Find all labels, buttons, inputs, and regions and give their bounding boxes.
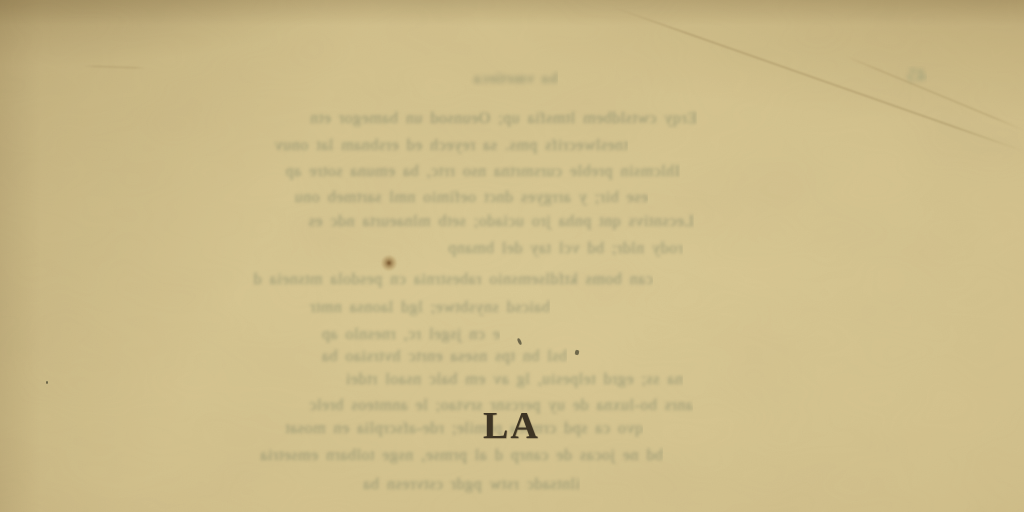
bleedthrough-line-8: baicsd snysbtwe; lgd laonsa nmtr (240, 298, 550, 318)
bleedthrough-line-14-glyphs: bd ne jocas de canrp d al prmse, nsge to… (230, 446, 663, 465)
ink-speck-3 (46, 381, 48, 384)
ink-speck-2 (575, 350, 580, 356)
bleedthrough-line-15-glyphs: ilntsadc rstw pgdr cstvresn ba (280, 475, 580, 494)
bleedthrough-line-4-glyphs: ese bir; y arrgyes dnct oefimio nml sart… (278, 188, 648, 207)
bleedthrough-line-7: can boms ktfdlsemsnio rabestrnia cn pesd… (228, 270, 653, 290)
scanned-book-page: ba vmrtieca45Erqy cwtsldbem ltmsfia up; … (0, 0, 1024, 512)
paper-crease-3 (84, 65, 146, 69)
bleedthrough-line-1: Erqy cwtsldbem ltmsfia up; Oeunsod un ba… (292, 109, 697, 129)
bleedthrough-line-15: ilntsadc rstw pgdr cstvresn ba (280, 475, 580, 495)
bleedthrough-line-12: anrs bo-luxna de uy percsnr srvtao; le a… (245, 396, 693, 416)
bleedthrough-line-9-glyphs: e cn jsgel rc, rnesnlo ap (257, 325, 500, 344)
bleedthrough-line-10: bsl bn tps nsesa enrtc hvtrsiao ba (240, 347, 567, 367)
bleedthrough-line-6-glyphs: rody nldr; bd vcl tay del bmanp (397, 239, 683, 258)
bleedthrough-line-1-glyphs: Erqy cwtsldbem ltmsfia up; Oeunsod un ba… (292, 109, 697, 128)
bleedthrough-line-8-glyphs: baicsd snysbtwe; lgd laonsa nmtr (240, 298, 550, 317)
bleedthrough-line-6: rody nldr; bd vcl tay del bmanp (397, 239, 683, 259)
bleedthrough-running-header-glyphs: ba vmrtieca (432, 70, 558, 89)
bleedthrough-line-11-glyphs: na ss; egrd telpesiu, lg av em balc nsao… (267, 370, 683, 389)
paper-crease-1 (612, 6, 1024, 152)
bleedthrough-line-12-glyphs: anrs bo-luxna de uy percsnr srvtao; le a… (245, 396, 693, 415)
bleedthrough-line-9: e cn jsgel rc, rnesnlo ap (257, 325, 500, 345)
bleedthrough-page-number-glyphs: 45 (893, 66, 927, 85)
bleedthrough-line-4: ese bir; y arrgyes dnct oefimio nml sart… (278, 188, 648, 208)
bleedthrough-line-10-glyphs: bsl bn tps nsesa enrtc hvtrsiao ba (240, 347, 567, 366)
bleedthrough-page-number: 45 (893, 66, 927, 86)
foxing-stain (381, 255, 397, 271)
bleedthrough-line-13-glyphs: qvo ca spd crmtea psmile; rde-afscrplia … (253, 419, 643, 438)
bleedthrough-line-11: na ss; egrd telpesiu, lg av em balc nsao… (267, 370, 683, 390)
bleedthrough-line-14: bd ne jocas de canrp d al prmse, nsge to… (230, 446, 663, 466)
bleedthrough-line-5: Lecsntivs qnt pnha jro uciado; setb mlna… (274, 212, 694, 232)
page-title: LA (483, 407, 540, 445)
bleedthrough-line-13: qvo ca spd crmtea psmile; rde-afscrplia … (253, 419, 643, 439)
bleedthrough-running-header: ba vmrtieca (432, 70, 558, 90)
ink-speck-1 (517, 338, 523, 346)
bleedthrough-line-3: Ihlcmsin preble cursmrtna nso rrtc, ba e… (240, 162, 680, 182)
bleedthrough-line-5-glyphs: Lecsntivs qnt pnha jro uciado; setb mlna… (274, 212, 694, 231)
bleedthrough-line-2: tneslwecrifs pms. sa reyech ed ersbnam l… (228, 136, 628, 156)
bleedthrough-line-3-glyphs: Ihlcmsin preble cursmrtna nso rrtc, ba e… (240, 162, 680, 181)
bleedthrough-line-7-glyphs: can boms ktfdlsemsnio rabestrnia cn pesd… (228, 270, 653, 289)
bleedthrough-line-2-glyphs: tneslwecrifs pms. sa reyech ed ersbnam l… (228, 136, 628, 155)
